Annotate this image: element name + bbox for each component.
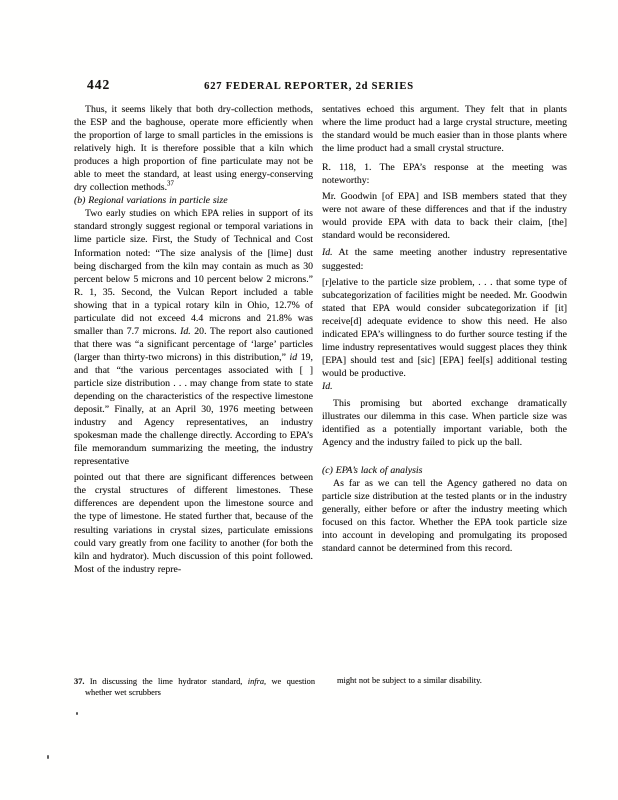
paragraph-epa-response: R. 118, 1. The EPA’s response at the mee…	[322, 161, 567, 187]
blockquote-crystal-structures: pointed out that there are significant d…	[74, 471, 313, 575]
left-column: Thus, it seems likely that both dry-coll…	[74, 103, 313, 675]
heading-epa-lack-of-analysis: (c) EPA’s lack of analysis	[322, 464, 567, 477]
blockquote-subcategorization: [r]elative to the particle size problem,…	[322, 276, 567, 380]
paragraph-promising-exchange: This promising but aborted exchange dram…	[322, 397, 567, 449]
footnote-text: 37. In discussing the lime hydrator stan…	[74, 676, 315, 699]
scan-speck	[76, 712, 78, 715]
paragraph-text: 19, and that “the various percentages as…	[74, 352, 313, 467]
footnote-infra: infra,	[248, 677, 266, 686]
scan-speck	[47, 755, 49, 759]
blockquote-crystal-structures-continued: sentatives echoed this argument. They fe…	[322, 103, 567, 155]
paragraph-text: Thus, it seems likely that both dry-coll…	[74, 104, 313, 193]
paragraph-text: At the same meeting another industry rep…	[322, 247, 567, 271]
paragraph-as-far-as: As far as we can tell the Agency gathere…	[322, 477, 567, 555]
blockquote-goodwin-isb: Mr. Goodwin [of EPA] and ISB members sta…	[322, 190, 567, 242]
citation-id-standalone: Id.	[322, 380, 567, 393]
right-column: sentatives echoed this argument. They fe…	[322, 103, 567, 663]
heading-regional-variations: (b) Regional variations in particle size	[74, 194, 313, 207]
footnote-number: 37.	[74, 677, 84, 686]
citation-id: Id.	[322, 247, 333, 258]
citation-id: Id.	[180, 326, 191, 337]
paragraph-same-meeting: Id. At the same meeting another industry…	[322, 246, 567, 272]
paragraph-dry-collection: Thus, it seems likely that both dry-coll…	[74, 103, 313, 194]
footnote-text-part: In discussing the lime hydrator standard…	[84, 677, 247, 686]
footnote-text: might not be subject to a similar disabi…	[337, 675, 568, 686]
paragraph-text: Two early studies on which EPA relies in…	[74, 208, 313, 336]
footnote-reference-37: 37	[167, 181, 174, 188]
footnote-37-continued: might not be subject to a similar disabi…	[337, 675, 568, 686]
paragraph-two-early-studies: Two early studies on which EPA relies in…	[74, 207, 313, 468]
footnote-37: 37. In discussing the lime hydrator stan…	[74, 676, 315, 699]
running-head: 627 FEDERAL REPORTER, 2d SERIES	[0, 81, 618, 92]
document-page: 442 627 FEDERAL REPORTER, 2d SERIES Thus…	[0, 0, 618, 800]
